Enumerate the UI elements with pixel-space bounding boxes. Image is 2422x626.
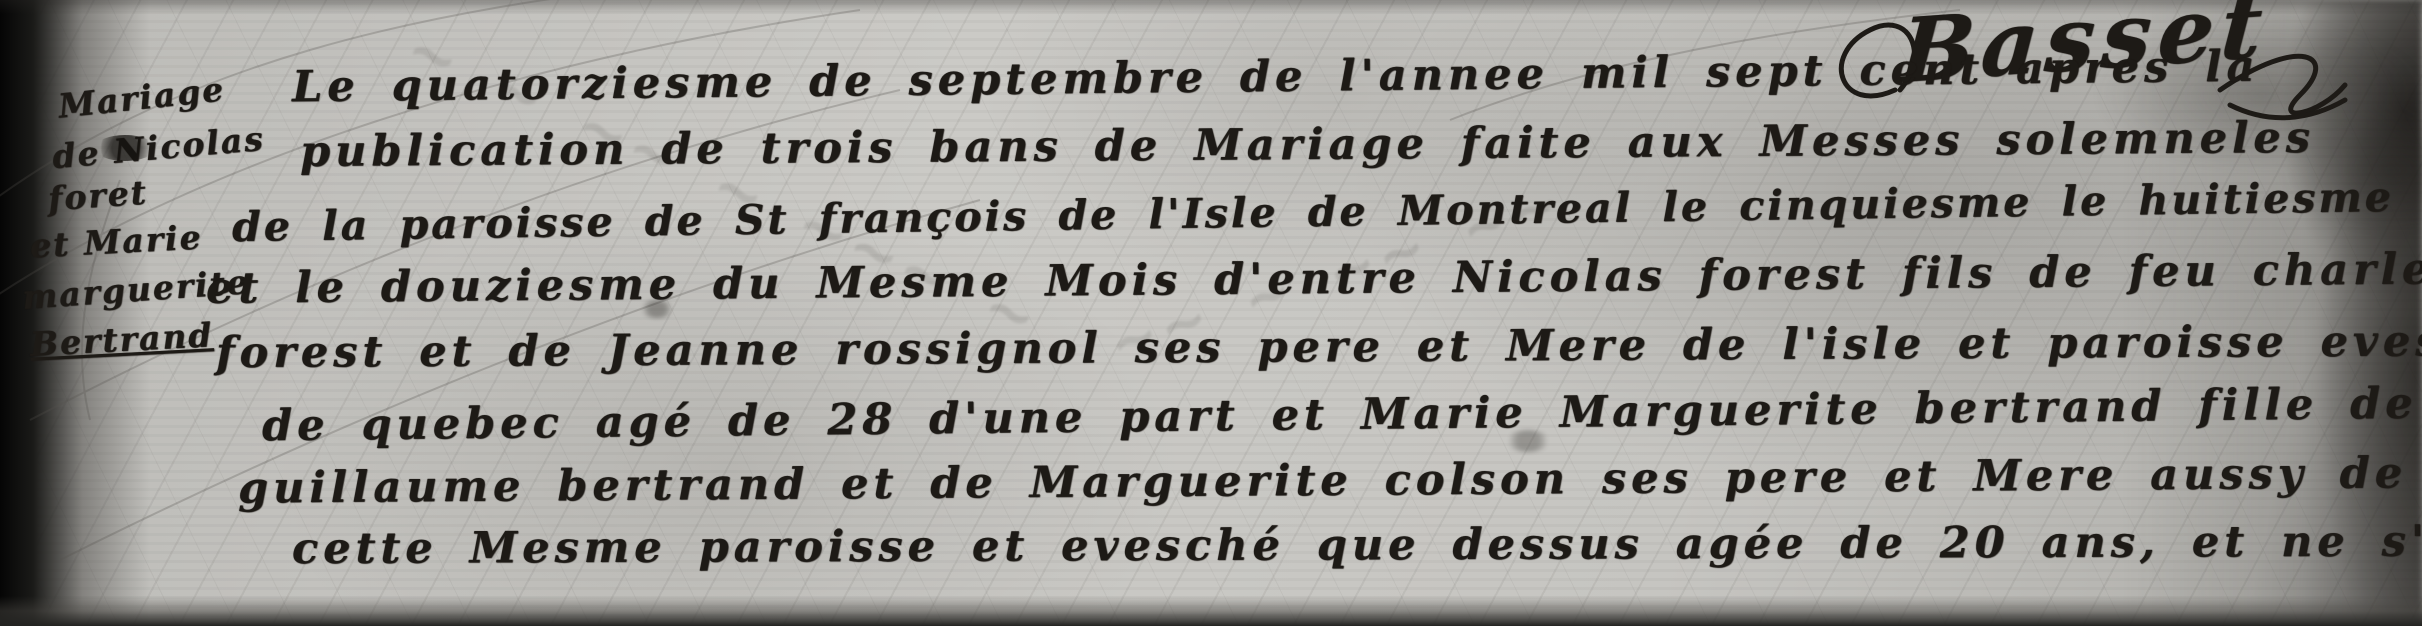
- record-line-3: de la paroisse de St françois de l'Isle …: [232, 173, 2394, 251]
- margin-note-line: et Marie: [29, 218, 203, 266]
- margin-note-line: Bertrand: [29, 315, 214, 364]
- record-line-6: de quebec agé de 28 d'une part et Marie …: [262, 379, 2418, 452]
- record-line-8: cette Mesme paroisse et evesché que dess…: [292, 516, 2422, 574]
- bottom-page-edge: [0, 596, 2422, 626]
- margin-note-line: foret: [47, 173, 149, 219]
- record-line-2: publication de trois bans de Mariage fai…: [300, 113, 2315, 177]
- manuscript-page: Mariage de Nicolas foret et Marie margue…: [0, 0, 2422, 626]
- record-line-1: Le quatorziesme de septembre de l'annee …: [292, 42, 2260, 113]
- ink-blot: [95, 135, 155, 161]
- ink-blot: [640, 300, 674, 318]
- ink-blot: [1505, 430, 1551, 452]
- record-line-7: guillaume bertrand et de Marguerite cols…: [238, 448, 2407, 513]
- record-line-4: et le douziesme du Mesme Mois d'entre Ni…: [206, 244, 2422, 314]
- record-line-5: forest et de Jeanne rossignol ses pere e…: [216, 316, 2422, 378]
